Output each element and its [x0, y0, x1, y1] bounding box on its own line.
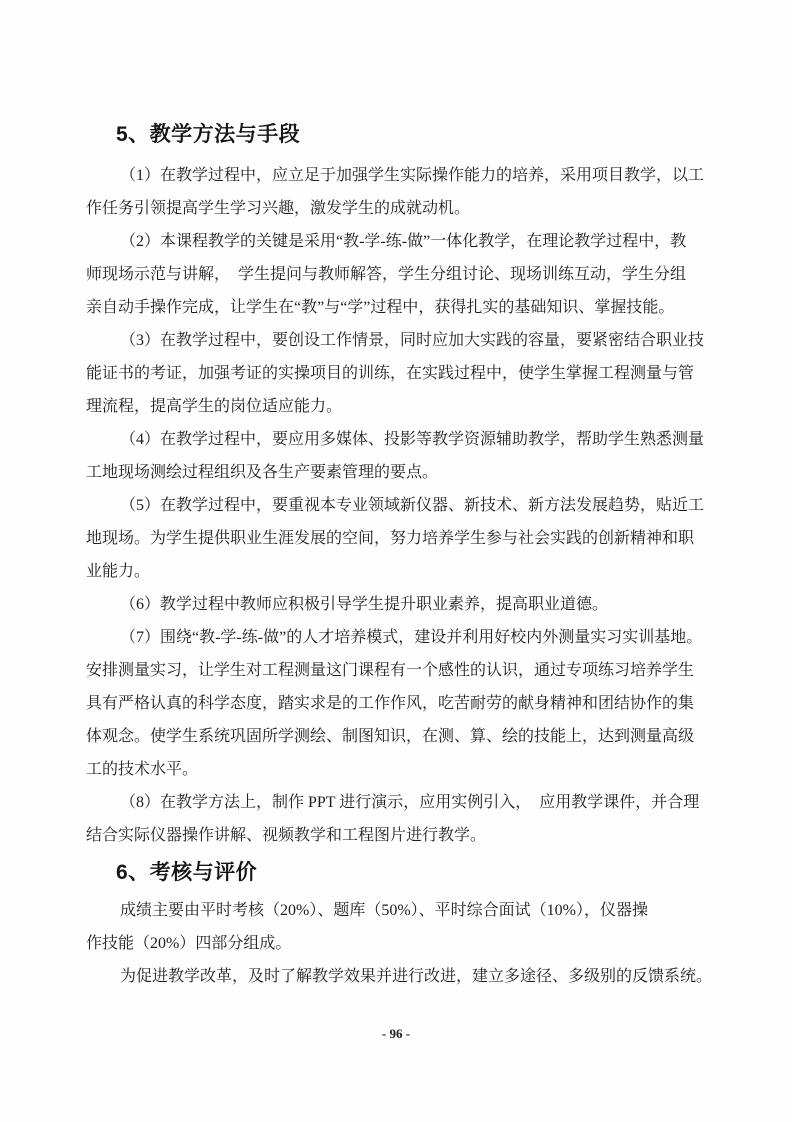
- paragraph-grade-composition: 成绩主要由平时考核（20%）、题库（50%）、平时综合面试（10%），仪器操 作…: [86, 894, 702, 960]
- paragraph-5: （5）在教学过程中，要重视本专业领域新仪器、新技术、新方法发展趋势，贴近工 地现…: [86, 489, 702, 588]
- text-line: （8）在教学方法上，制作 PPT 进行演示，应用实例引入， 应用教学课件，并合理: [86, 786, 702, 819]
- paragraph-feedback-system: 为促进教学改革，及时了解教学效果并进行改进，建立多途径、多级别的反馈系统。: [86, 960, 702, 993]
- text-line: 安排测量实习，让学生对工程测量这门课程有一个感性的认识，通过专项练习培养学生: [86, 654, 702, 687]
- text-line: 工的技术水平。: [86, 753, 702, 786]
- text-line: 亲自动手操作完成，让学生在“教”与“学”过程中，获得扎实的基础知识、掌握技能。: [86, 291, 702, 324]
- text-line: 具有严格认真的科学态度，踏实求是的工作作风，吃苦耐劳的献身精神和团结协作的集: [86, 687, 702, 720]
- text-line: （5）在教学过程中，要重视本专业领域新仪器、新技术、新方法发展趋势，贴近工: [86, 489, 702, 522]
- text-line: 为促进教学改革，及时了解教学效果并进行改进，建立多途径、多级别的反馈系统。: [86, 960, 702, 993]
- text-line: 地现场。为学生提供职业生涯发展的空间，努力培养学生参与社会实践的创新精神和职: [86, 522, 702, 555]
- section-heading-assessment-evaluation: 6、考核与评价: [86, 858, 702, 888]
- paragraph-4: （4）在教学过程中，要应用多媒体、投影等教学资源辅助教学，帮助学生熟悉测量 工地…: [86, 423, 702, 489]
- section-heading-teaching-methods: 5、教学方法与手段: [86, 120, 702, 150]
- text-line: （6）教学过程中教师应积极引导学生提升职业素养，提高职业道德。: [86, 588, 702, 621]
- text-line: 结合实际仪器操作讲解、视频教学和工程图片进行教学。: [86, 819, 702, 852]
- text-line: （2）本课程教学的关键是采用“教-学-练-做”一体化教学，在理论教学过程中，教: [86, 225, 702, 258]
- text-line: 能证书的考证，加强考证的实操项目的训练，在实践过程中，使学生掌握工程测量与管: [86, 357, 702, 390]
- text-line: 作任务引领提高学生学习兴趣，激发学生的成就动机。: [86, 192, 702, 225]
- paragraph-2: （2）本课程教学的关键是采用“教-学-练-做”一体化教学，在理论教学过程中，教 …: [86, 225, 702, 324]
- paragraph-7: （7）围绕“教-学-练-做”的人才培养模式，建设并利用好校内外测量实习实训基地。…: [86, 621, 702, 786]
- text-line: 作技能（20%）四部分组成。: [86, 927, 702, 960]
- text-line: 理流程，提高学生的岗位适应能力。: [86, 390, 702, 423]
- text-line: （3）在教学过程中，要创设工作情景，同时应加大实践的容量，要紧密结合职业技: [86, 324, 702, 357]
- text-line: 业能力。: [86, 555, 702, 588]
- page-content: 5、教学方法与手段 （1）在教学过程中，应立足于加强学生实际操作能力的培养，采用…: [86, 120, 702, 993]
- paragraph-3: （3）在教学过程中，要创设工作情景，同时应加大实践的容量，要紧密结合职业技 能证…: [86, 324, 702, 423]
- text-line: （1）在教学过程中，应立足于加强学生实际操作能力的培养，采用项目教学，以工: [86, 159, 702, 192]
- text-line: （4）在教学过程中，要应用多媒体、投影等教学资源辅助教学，帮助学生熟悉测量: [86, 423, 702, 456]
- text-line: 成绩主要由平时考核（20%）、题库（50%）、平时综合面试（10%），仪器操: [86, 894, 702, 927]
- text-line: 师现场示范与讲解， 学生提问与教师解答，学生分组讨论、现场训练互动，学生分组: [86, 258, 702, 291]
- text-line: 体观念。使学生系统巩固所学测绘、制图知识，在测、算、绘的技能上，达到测量高级: [86, 720, 702, 753]
- document-page: 5、教学方法与手段 （1）在教学过程中，应立足于加强学生实际操作能力的培养，采用…: [0, 0, 792, 1122]
- paragraph-1: （1）在教学过程中，应立足于加强学生实际操作能力的培养，采用项目教学，以工 作任…: [86, 159, 702, 225]
- text-line: 工地现场测绘过程组织及各生产要素管理的要点。: [86, 456, 702, 489]
- page-number: - 96 -: [0, 1026, 792, 1042]
- paragraph-8: （8）在教学方法上，制作 PPT 进行演示，应用实例引入， 应用教学课件，并合理…: [86, 786, 702, 852]
- text-line: （7）围绕“教-学-练-做”的人才培养模式，建设并利用好校内外测量实习实训基地。: [86, 621, 702, 654]
- paragraph-6: （6）教学过程中教师应积极引导学生提升职业素养，提高职业道德。: [86, 588, 702, 621]
